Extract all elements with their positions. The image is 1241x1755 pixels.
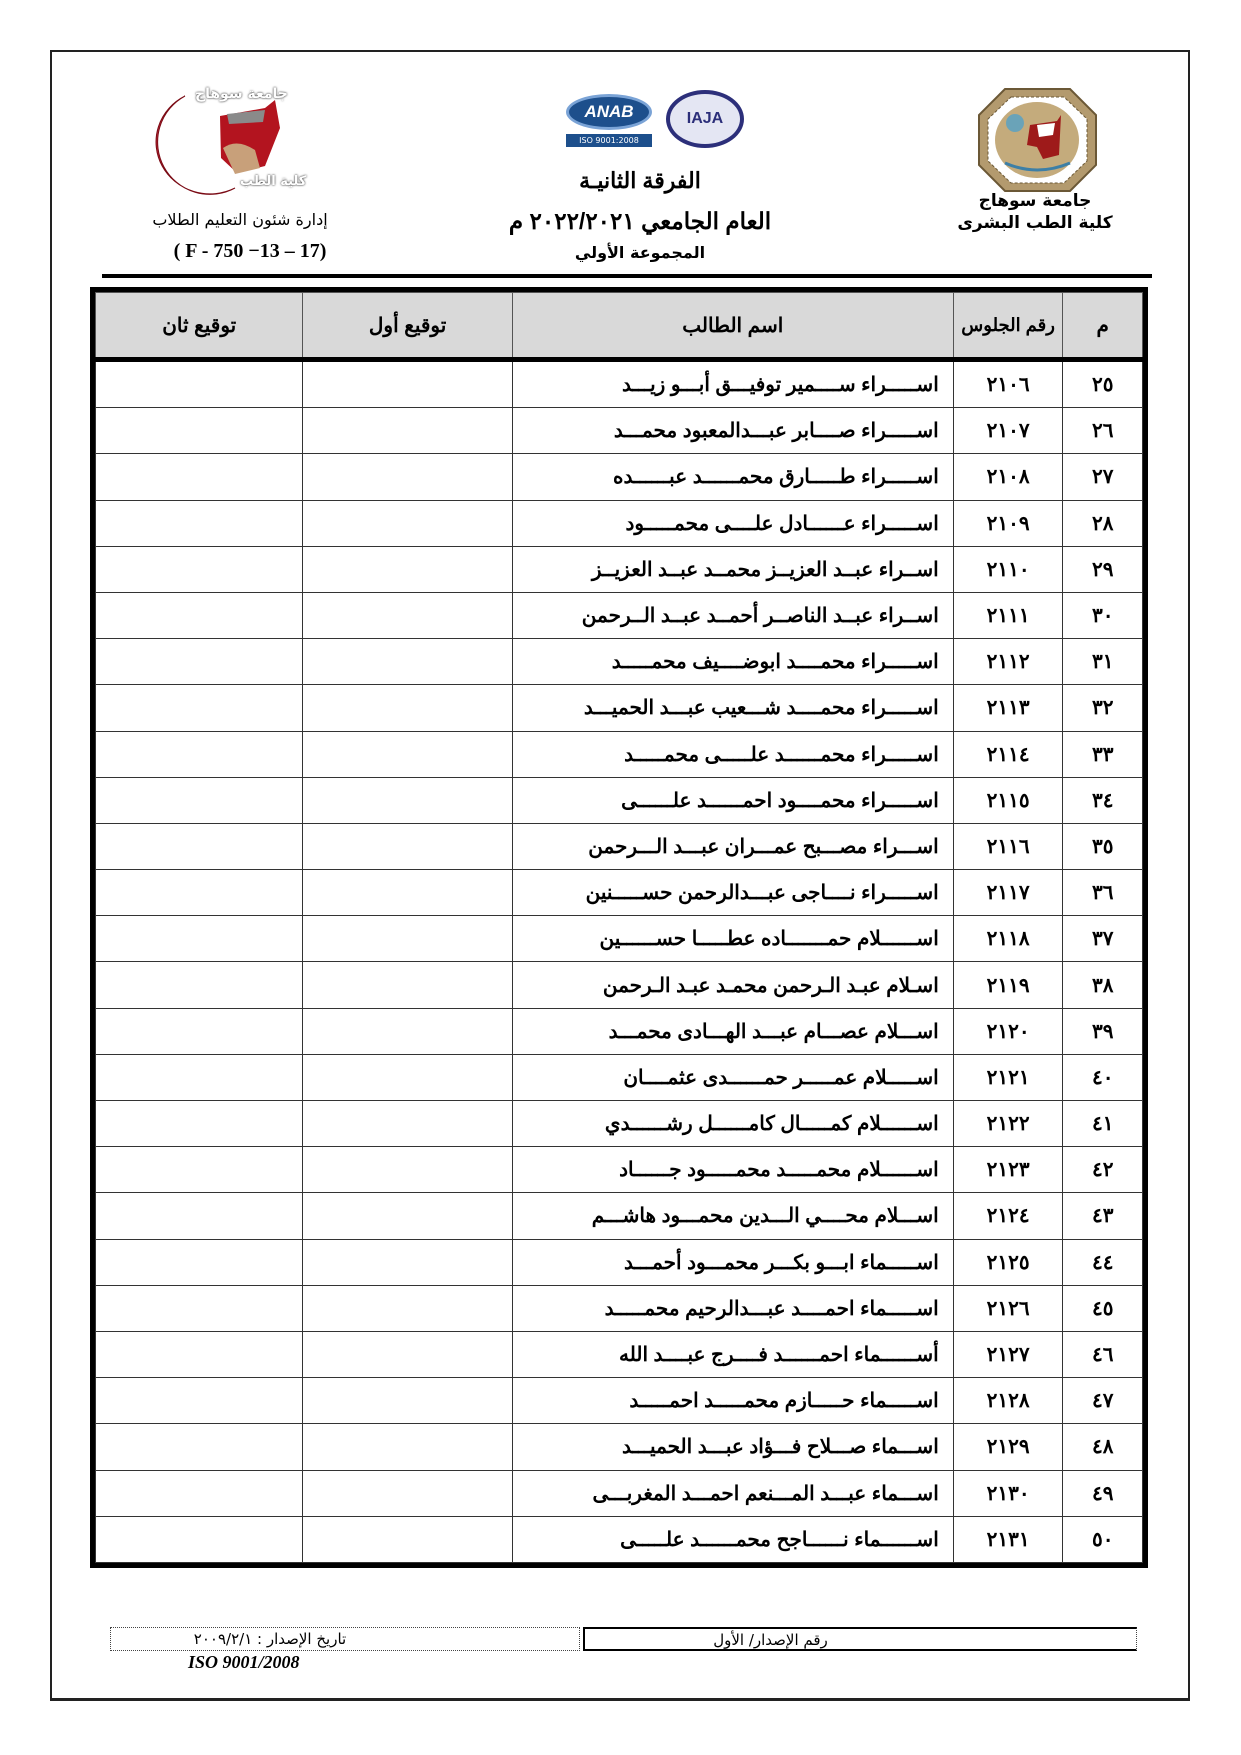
first-signature-cell[interactable] (303, 1378, 512, 1424)
student-name: اســـــراء محمــــود احمــــــد علــــــ… (512, 777, 953, 823)
first-signature-cell[interactable] (303, 546, 512, 592)
row-index: ٤٤ (1063, 1239, 1143, 1285)
row-index: ٤٦ (1063, 1331, 1143, 1377)
seat-number: ٢١٢٧ (953, 1331, 1063, 1377)
row-index: ٤١ (1063, 1101, 1143, 1147)
table-row: ٢٨٢١٠٩اســـــراء عــــــادل علــــى محمـ… (96, 500, 1143, 546)
table-row: ٤٣٢١٢٤اســـلام محــــي الـــدين محمـــود… (96, 1193, 1143, 1239)
second-signature-cell[interactable] (96, 639, 303, 685)
table-row: ٣٠٢١١١اســراء عبــد الناصــر أحمــد عبــ… (96, 592, 1143, 638)
seat-number: ٢١١١ (953, 592, 1063, 638)
row-index: ٤٧ (1063, 1378, 1143, 1424)
column-header-seat-number: رقم الجلوس (953, 293, 1063, 360)
seat-number: ٢١١٣ (953, 685, 1063, 731)
table-row: ٥٠٢١٣١اســــــماء نــــــاجح محمــــــد … (96, 1516, 1143, 1562)
seat-number: ٢١٣٠ (953, 1470, 1063, 1516)
student-name: اســـراء مصـــبح عمـــران عبـــد الـــرح… (512, 823, 953, 869)
second-signature-cell[interactable] (96, 823, 303, 869)
second-signature-cell[interactable] (96, 360, 303, 408)
student-name: اســـماء عبـــد المـــنعم احمـــد المغرب… (512, 1470, 953, 1516)
second-signature-cell[interactable] (96, 870, 303, 916)
table-row: ٣٢٢١١٣اســـــراء محمــــد شـــعيب عبـــد… (96, 685, 1143, 731)
row-index: ٣١ (1063, 639, 1143, 685)
row-index: ٣٦ (1063, 870, 1143, 916)
first-signature-cell[interactable] (303, 1516, 512, 1562)
first-signature-cell[interactable] (303, 639, 512, 685)
table-row: ٤٧٢١٢٨اســـــماء حـــــازم محمـــــد احم… (96, 1378, 1143, 1424)
seat-number: ٢١٣١ (953, 1516, 1063, 1562)
student-name: اســـــراء محمــــد شـــعيب عبـــد الحمي… (512, 685, 953, 731)
seat-number: ٢١١٢ (953, 639, 1063, 685)
row-index: ٤٥ (1063, 1285, 1143, 1331)
document-header: جامعة سوهاج كلية الطب إدارة شئون التعليم… (0, 0, 1241, 290)
student-name: اســراء عبــد الناصــر أحمــد عبــد الــ… (512, 592, 953, 638)
student-name: اســـــراء صــــابر عبـــدالمعبود محمـــ… (512, 408, 953, 454)
row-index: ٣٣ (1063, 731, 1143, 777)
first-signature-cell[interactable] (303, 731, 512, 777)
table-row: ٣٣٢١١٤اســـــراء محمــــــد علـــــى محم… (96, 731, 1143, 777)
university-title: جامعة سوهاج (945, 190, 1125, 212)
second-signature-cell[interactable] (96, 1054, 303, 1100)
row-index: ٣٢ (1063, 685, 1143, 731)
first-signature-cell[interactable] (303, 1008, 512, 1054)
row-index: ٢٦ (1063, 408, 1143, 454)
second-signature-cell[interactable] (96, 731, 303, 777)
academic-year: العام الجامعي ٢٠٢٢/٢٠٢١ م (440, 208, 840, 235)
student-name: اســـــراء عــــــادل علــــى محمـــــود (512, 500, 953, 546)
student-name: اســــــلام محمـــــد محمـــــود جــــــ… (512, 1147, 953, 1193)
table-row: ٣٦٢١١٧اســـــراء نــــاجى عبـــدالرحمن ح… (96, 870, 1143, 916)
iso-standard: ISO 9001/2008 (188, 1652, 300, 1673)
department-name: إدارة شئون التعليم الطلاب (120, 210, 360, 229)
student-name: اســــــلام كمـــــال كامــــــل رشـــــ… (512, 1101, 953, 1147)
student-name: اســـــلام عمـــــر حمــــــدى عثمــــان (512, 1054, 953, 1100)
second-signature-cell[interactable] (96, 962, 303, 1008)
iaf-logo-icon: IAJA (666, 90, 744, 148)
university-seal-icon (975, 85, 1100, 195)
row-index: ٢٨ (1063, 500, 1143, 546)
student-name: اســـلام محــــي الـــدين محمـــود هاشــ… (512, 1193, 953, 1239)
first-signature-cell[interactable] (303, 454, 512, 500)
seat-number: ٢١٢٤ (953, 1193, 1063, 1239)
seat-number: ٢١٠٨ (953, 454, 1063, 500)
seat-number: ٢١٠٩ (953, 500, 1063, 546)
student-name: اسـلام عبـد الـرحمن محمـد عبـد الـرحمن (512, 962, 953, 1008)
table-row: ٣٤٢١١٥اســـــراء محمــــود احمــــــد عل… (96, 777, 1143, 823)
row-index: ٢٧ (1063, 454, 1143, 500)
second-signature-cell[interactable] (96, 592, 303, 638)
student-name: اســراء عبــد العزيــز محمــد عبــد العز… (512, 546, 953, 592)
faculty-title: كلية الطب البشرى (945, 212, 1125, 234)
second-signature-cell[interactable] (96, 408, 303, 454)
first-signature-cell[interactable] (303, 870, 512, 916)
second-signature-cell[interactable] (96, 1193, 303, 1239)
student-name: اســـــراء طـــــارق محمــــــد عبــــــ… (512, 454, 953, 500)
second-signature-cell[interactable] (96, 1239, 303, 1285)
table-row: ٤٦٢١٢٧أســــــماء احمــــــد فــــرج عبـ… (96, 1331, 1143, 1377)
row-index: ٢٥ (1063, 360, 1143, 408)
page-bottom-border (50, 1698, 1190, 1701)
second-signature-cell[interactable] (96, 454, 303, 500)
issue-number-box: رقم الإصدار/ الأول (583, 1627, 1137, 1651)
seat-number: ٢١٢٠ (953, 1008, 1063, 1054)
seat-number: ٢١١٠ (953, 546, 1063, 592)
second-signature-cell[interactable] (96, 1470, 303, 1516)
first-signature-cell[interactable] (303, 1101, 512, 1147)
university-logo (975, 85, 1100, 195)
seat-number: ٢١٢٥ (953, 1239, 1063, 1285)
first-signature-cell[interactable] (303, 685, 512, 731)
first-signature-cell[interactable] (303, 592, 512, 638)
row-index: ٤٣ (1063, 1193, 1143, 1239)
logo-text-top: جامعة سوهاج (195, 86, 288, 102)
student-name: اســـــراء محمــــد ابوضــــيف محمـــــد (512, 639, 953, 685)
row-index: ٣٨ (1063, 962, 1143, 1008)
accreditation-logos: ANAB ISO 9001:2008 IAJA (566, 90, 761, 152)
table-row: ٣٧٢١١٨اســــــلام حمـــــــاده عطـــــا … (96, 916, 1143, 962)
seat-number: ٢١١٧ (953, 870, 1063, 916)
seat-number: ٢١٢٣ (953, 1147, 1063, 1193)
issue-date-box: تاريخ الإصدار : ٢٠٠٩/٢/١ (110, 1627, 580, 1651)
row-index: ٤٨ (1063, 1424, 1143, 1470)
first-signature-cell[interactable] (303, 916, 512, 962)
university-name: جامعة سوهاج كلية الطب البشرى (945, 190, 1125, 234)
row-index: ٤٢ (1063, 1147, 1143, 1193)
student-name: اســـــماء حـــــازم محمـــــد احمـــــد (512, 1378, 953, 1424)
row-index: ٣٧ (1063, 916, 1143, 962)
first-signature-cell[interactable] (303, 1147, 512, 1193)
seat-number: ٢١٢٦ (953, 1285, 1063, 1331)
table-row: ٣٥٢١١٦اســـراء مصـــبح عمـــران عبـــد ا… (96, 823, 1143, 869)
student-name: اســـــراء ســــمير توفيـــق أبـــو زيــ… (512, 360, 953, 408)
first-signature-cell[interactable] (303, 1285, 512, 1331)
seat-number: ٢١١٨ (953, 916, 1063, 962)
second-signature-cell[interactable] (96, 777, 303, 823)
table-row: ٣١٢١١٢اســـــراء محمــــد ابوضــــيف محم… (96, 639, 1143, 685)
second-signature-cell[interactable] (96, 1285, 303, 1331)
anab-logo-icon: ANAB ISO 9001:2008 (566, 94, 652, 152)
first-signature-cell[interactable] (303, 823, 512, 869)
student-name: اســـــراء نــــاجى عبـــدالرحمن حســـــ… (512, 870, 953, 916)
seat-number: ٢١٢٨ (953, 1378, 1063, 1424)
seat-number: ٢١١٤ (953, 731, 1063, 777)
second-signature-cell[interactable] (96, 1424, 303, 1470)
row-index: ٣٩ (1063, 1008, 1143, 1054)
first-signature-cell[interactable] (303, 360, 512, 408)
student-name: اســــــماء نــــــاجح محمــــــد علــــ… (512, 1516, 953, 1562)
second-signature-cell[interactable] (96, 916, 303, 962)
seat-number: ٢١٢٢ (953, 1101, 1063, 1147)
first-signature-cell[interactable] (303, 408, 512, 454)
table-row: ٤١٢١٢٢اســــــلام كمـــــال كامــــــل ر… (96, 1101, 1143, 1147)
issue-number: رقم الإصدار/ الأول (713, 1631, 828, 1649)
row-index: ٥٠ (1063, 1516, 1143, 1562)
first-signature-cell[interactable] (303, 1331, 512, 1377)
student-name: اســـــماء ابـــو بكـــر محمـــود أحمـــ… (512, 1239, 953, 1285)
seat-number: ٢١١٥ (953, 777, 1063, 823)
second-signature-cell[interactable] (96, 1516, 303, 1562)
first-signature-cell[interactable] (303, 500, 512, 546)
table-row: ٤٤٢١٢٥اســـــماء ابـــو بكـــر محمـــود … (96, 1239, 1143, 1285)
seat-number: ٢١٢٩ (953, 1424, 1063, 1470)
group-name: المجموعة الأولي (480, 243, 800, 262)
issue-date: تاريخ الإصدار : ٢٠٠٩/٢/١ (194, 1630, 346, 1648)
student-name: اســـماء صـــلاح فـــؤاد عبـــد الحميـــ… (512, 1424, 953, 1470)
first-signature-cell[interactable] (303, 1193, 512, 1239)
second-signature-cell[interactable] (96, 546, 303, 592)
student-name: أســــــماء احمــــــد فــــرج عبــــد ا… (512, 1331, 953, 1377)
table-row: ٤٥٢١٢٦اســـــماء احمــــد عبـــدالرحيم م… (96, 1285, 1143, 1331)
second-signature-cell[interactable] (96, 1101, 303, 1147)
first-signature-cell[interactable] (303, 1239, 512, 1285)
first-signature-cell[interactable] (303, 777, 512, 823)
column-header-first-signature: توقيع أول (303, 293, 512, 360)
column-header-index: م (1063, 293, 1143, 360)
table-row: ٢٦٢١٠٧اســـــراء صــــابر عبـــدالمعبود … (96, 408, 1143, 454)
table-row: ٤٠٢١٢١اســـــلام عمـــــر حمــــــدى عثم… (96, 1054, 1143, 1100)
table-row: ٢٩٢١١٠اســراء عبــد العزيــز محمــد عبــ… (96, 546, 1143, 592)
row-index: ٤٠ (1063, 1054, 1143, 1100)
faculty-logo: جامعة سوهاج كلية الطب (115, 88, 310, 198)
row-index: ٢٩ (1063, 546, 1143, 592)
attendance-table: م رقم الجلوس اسم الطالب توقيع أول توقيع … (90, 287, 1148, 1568)
student-name: اســــــلام حمـــــــاده عطـــــا حســــ… (512, 916, 953, 962)
table-row: ٢٥٢١٠٦اســـــراء ســــمير توفيـــق أبـــ… (96, 360, 1143, 408)
second-signature-cell[interactable] (96, 685, 303, 731)
table-row: ٤٩٢١٣٠اســـماء عبـــد المـــنعم احمـــد … (96, 1470, 1143, 1516)
seat-number: ٢١٠٧ (953, 408, 1063, 454)
first-signature-cell[interactable] (303, 1424, 512, 1470)
table-row: ٢٧٢١٠٨اســـــراء طـــــارق محمــــــد عب… (96, 454, 1143, 500)
student-name: اســـلام عصـــام عبـــد الهـــادى محمـــ… (512, 1008, 953, 1054)
seat-number: ٢١١٩ (953, 962, 1063, 1008)
table-header-row: م رقم الجلوس اسم الطالب توقيع أول توقيع … (96, 293, 1143, 360)
seat-number: ٢١٠٦ (953, 360, 1063, 408)
table-row: ٣٨٢١١٩اسـلام عبـد الـرحمن محمـد عبـد الـ… (96, 962, 1143, 1008)
student-name: اســـــماء احمــــد عبـــدالرحيم محمــــ… (512, 1285, 953, 1331)
year-level: الفرقة الثانيـة (440, 168, 840, 194)
table-row: ٣٩٢١٢٠اســـلام عصـــام عبـــد الهـــادى … (96, 1008, 1143, 1054)
seat-number: ٢١١٦ (953, 823, 1063, 869)
second-signature-cell[interactable] (96, 1331, 303, 1377)
row-index: ٣٤ (1063, 777, 1143, 823)
row-index: ٤٩ (1063, 1470, 1143, 1516)
row-index: ٣٥ (1063, 823, 1143, 869)
column-header-second-signature: توقيع ثان (96, 293, 303, 360)
first-signature-cell[interactable] (303, 1054, 512, 1100)
logo-text-bottom: كلية الطب (240, 174, 306, 189)
column-header-student-name: اسم الطالب (512, 293, 953, 360)
first-signature-cell[interactable] (303, 962, 512, 1008)
first-signature-cell[interactable] (303, 1470, 512, 1516)
second-signature-cell[interactable] (96, 1147, 303, 1193)
student-name: اســـــراء محمــــــد علـــــى محمـــــد (512, 731, 953, 777)
second-signature-cell[interactable] (96, 1378, 303, 1424)
second-signature-cell[interactable] (96, 500, 303, 546)
header-divider (102, 274, 1152, 278)
seat-number: ٢١٢١ (953, 1054, 1063, 1100)
row-index: ٣٠ (1063, 592, 1143, 638)
table-row: ٤٨٢١٢٩اســـماء صـــلاح فـــؤاد عبـــد ال… (96, 1424, 1143, 1470)
table-row: ٤٢٢١٢٣اســــــلام محمـــــد محمـــــود ج… (96, 1147, 1143, 1193)
second-signature-cell[interactable] (96, 1008, 303, 1054)
form-code: ( F - 750 −13 – 17) (130, 240, 370, 263)
